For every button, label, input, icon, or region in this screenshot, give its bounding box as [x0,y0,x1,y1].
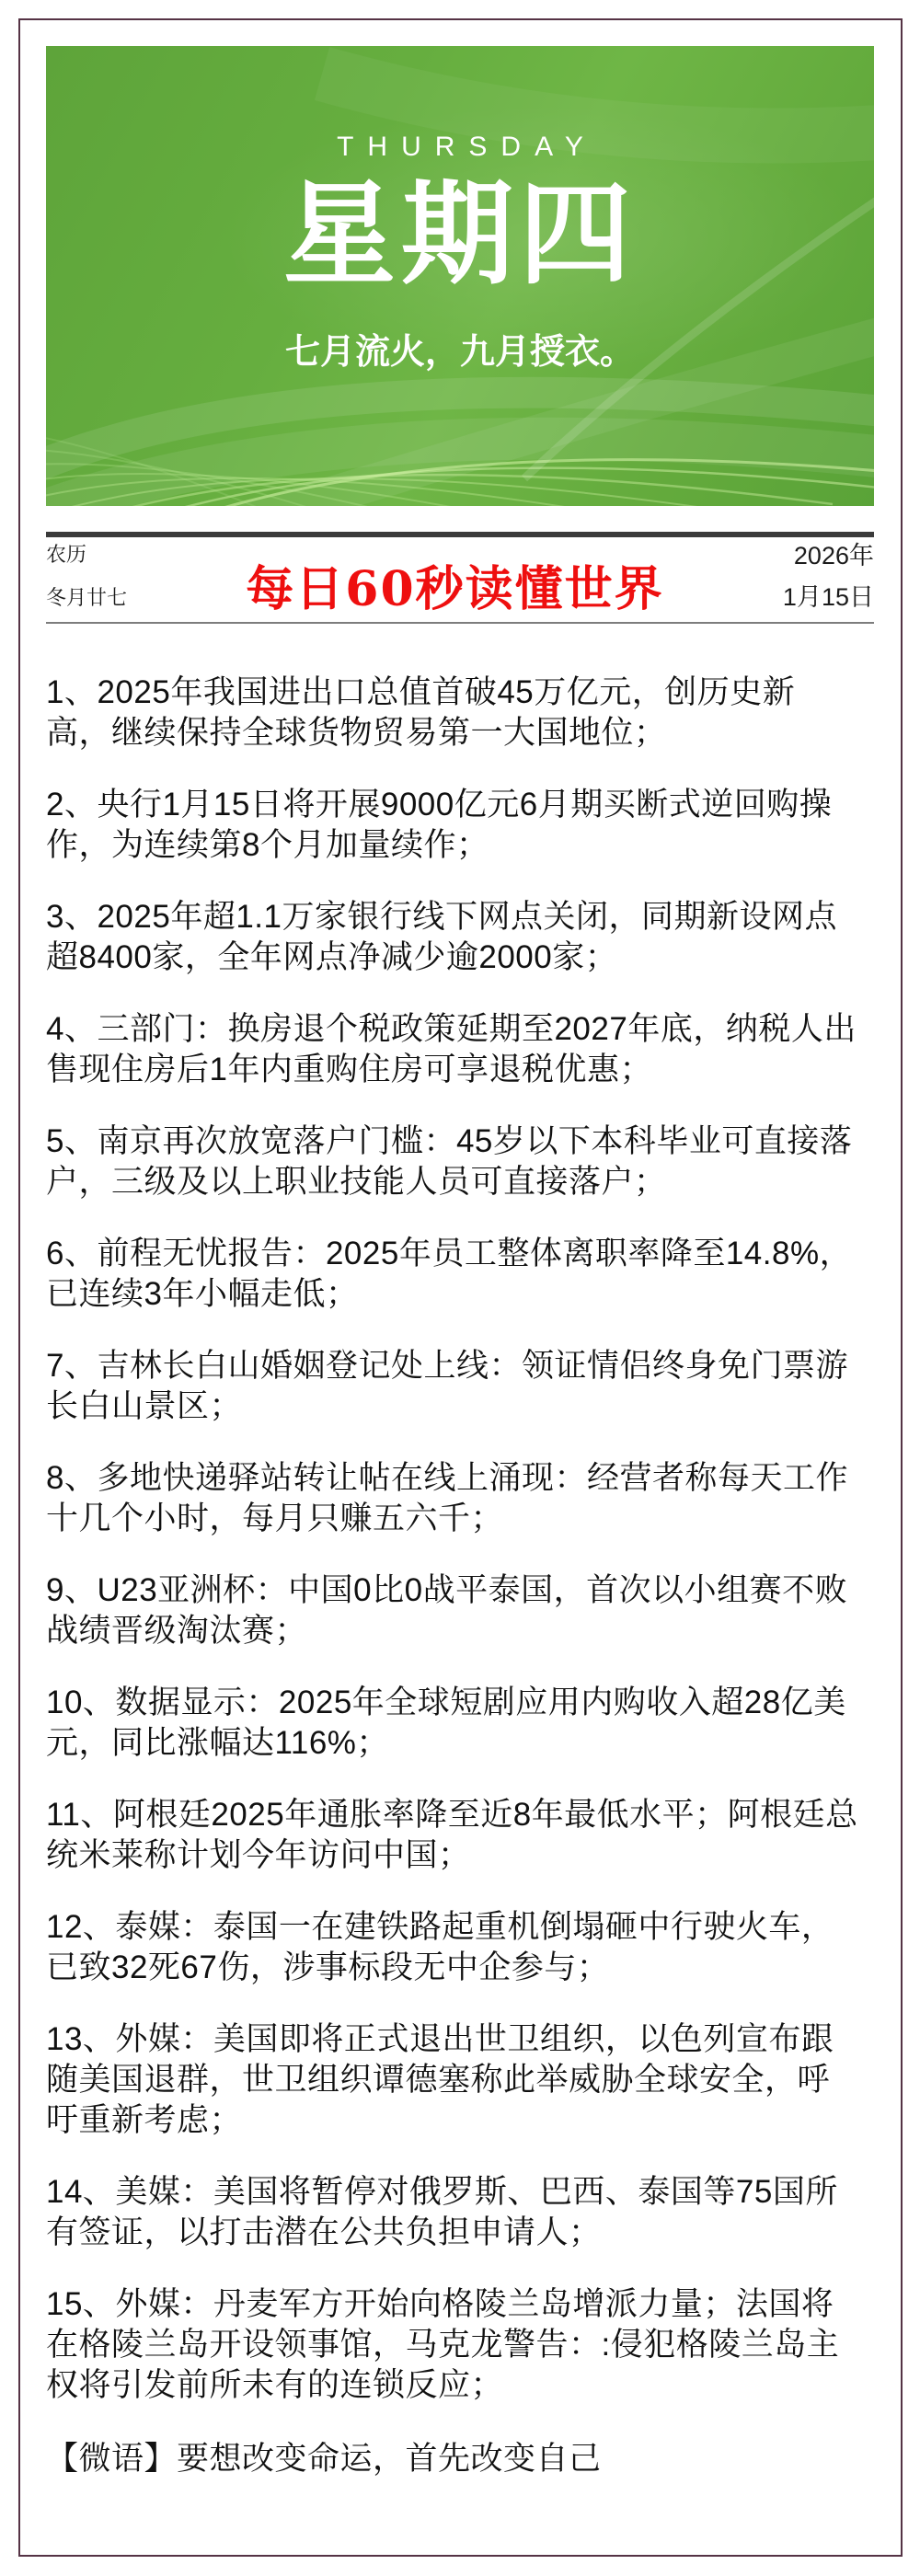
news-item-9: 9、U23亚洲杯：中国0比0战平泰国，首次以小组赛不败战绩晋级淘汰赛； [46,1570,859,1651]
news-item-8: 8、多地快递驿站转让帖在线上涌现：经营者称每天工作十几个小时，每月只赚五六千； [46,1458,859,1539]
news-item-10: 10、数据显示：2025年全球短剧应用内购收入超28亿美元，同比涨幅达116%； [46,1683,859,1764]
date-value: 1月15日 [783,584,874,611]
news-item-6: 6、前程无忧报告：2025年员工整体离职率降至14.8%，已连续3年小幅走低； [46,1234,859,1315]
gregorian-date-block: 2026年 1月15日 [783,537,874,622]
news-item-3: 3、2025年超1.1万家银行线下网点关闭，同期新设网点超8400家，全年网点净… [46,897,859,978]
news-item-15: 15、外媒：丹麦军方开始向格陵兰岛增派力量；法国将在格陵兰岛开设领事馆，马克龙警… [46,2284,859,2406]
news-item-1: 1、2025年我国进出口总值首破45万亿元，创历史新高，继续保持全球货物贸易第一… [46,673,859,753]
news-item-11: 11、阿根廷2025年通胀率降至近8年最低水平；阿根廷总统米莱称计划今年访问中国… [46,1795,859,1876]
year-value: 2026年 [783,543,874,569]
lunar-calendar-label: 农历 [46,544,127,566]
news-list: 1、2025年我国进出口总值首破45万亿元，创历史新高，继续保持全球货物贸易第一… [46,673,859,2479]
date-strip: 农历 冬月廿七 每日60秒读懂世界 2026年 1月15日 [46,532,874,624]
lunar-date-value: 冬月廿七 [46,587,127,609]
news-item-4: 4、三部门：换房退个税政策延期至2027年底，纳税人出售现住房后1年内重购住房可… [46,1009,859,1090]
weekday-chinese-title: 星期四 [283,175,637,293]
news-item-7: 7、吉林长白山婚姻登记处上线：领证情侣终身免门票游长白山景区； [46,1346,859,1427]
weekday-english-label: THURSDAY [323,131,597,164]
news-item-12: 12、泰媒：泰国一在建铁路起重机倒塌砸中行驶火车，已致32死67伤，涉事标段无中… [46,1907,859,1988]
daily-60s-title: 每日60秒读懂世界 [246,566,663,614]
weiyu-footer-quote: 【微语】要想改变命运，首先改变自己 [46,2439,859,2479]
daily-news-poster: THURSDAY 星期四 七月流火，九月授衣。 农历 冬月廿七 每日60秒读懂世… [0,0,920,2576]
news-item-13: 13、外媒：美国即将正式退出世卫组织，以色列宣布跟随美国退群，世卫组织谭德塞称此… [46,2019,859,2141]
hero-proverb-tagline: 七月流火，九月授衣。 [285,331,635,372]
poster-content: THURSDAY 星期四 七月流火，九月授衣。 农历 冬月廿七 每日60秒读懂世… [46,46,874,2479]
news-item-14: 14、美媒：美国将暂停对俄罗斯、巴西、泰国等75国所有签证，以打击潜在公共负担申… [46,2172,859,2253]
news-item-5: 5、南京再次放宽落户门槛：45岁以下本科毕业可直接落户，三级及以上职业技能人员可… [46,1121,859,1202]
lunar-date-block: 农历 冬月廿七 [46,537,127,622]
news-item-2: 2、央行1月15日将开展9000亿元6月期买断式逆回购操作，为连续第8个月加量续… [46,785,859,866]
weekday-hero-card: THURSDAY 星期四 七月流火，九月授衣。 [46,46,874,506]
